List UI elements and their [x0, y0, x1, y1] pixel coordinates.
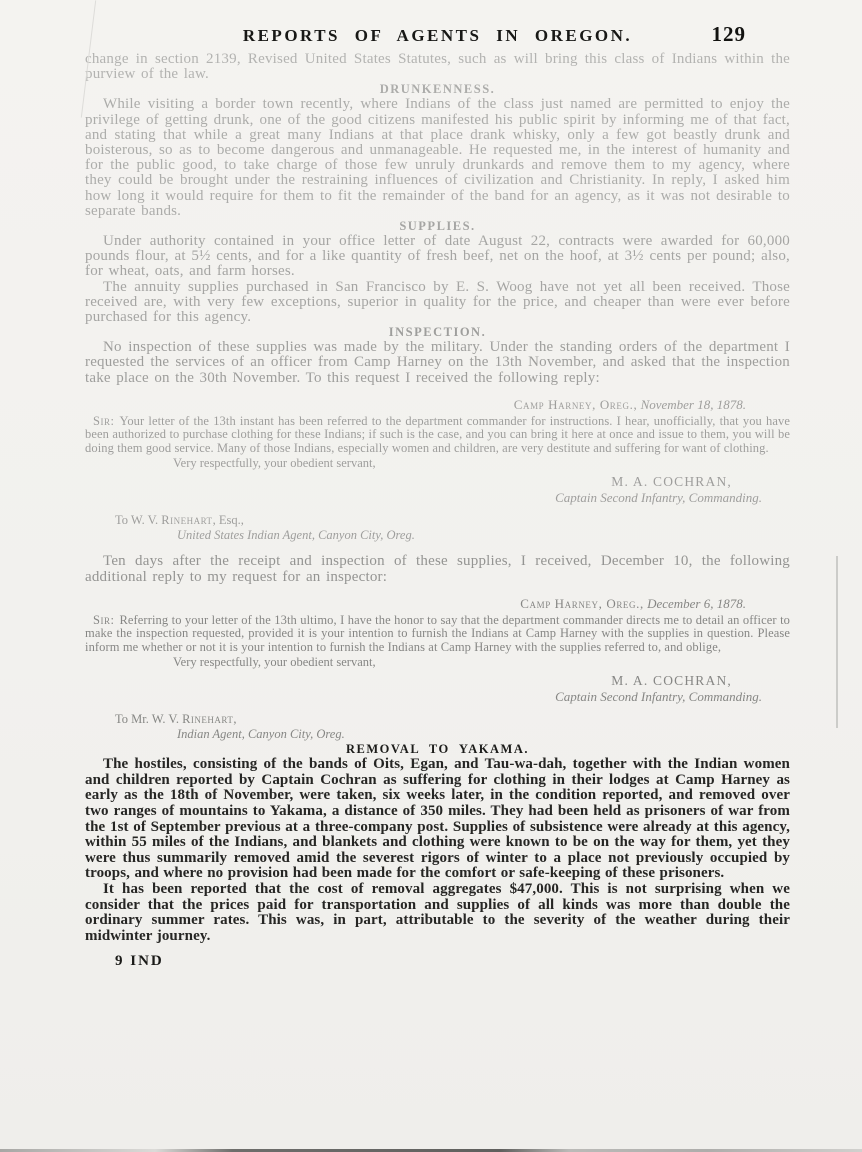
addressee-suffix: , Esq., — [213, 513, 244, 527]
letter-signature-title: Captain Second Infantry, Commanding. — [85, 689, 762, 705]
scan-streak-artifact — [836, 556, 838, 728]
printer-signature-mark: 9 IND — [115, 953, 790, 970]
letter-place: Camp Harney, Oreg., — [520, 596, 644, 611]
addressee-name: Rinehart — [182, 712, 233, 726]
addressee-name: Rinehart — [161, 513, 212, 527]
letter-date: December 6, 1878. — [647, 596, 746, 611]
letter-addressee-title: Indian Agent, Canyon City, Oreg. — [177, 727, 790, 742]
inspection-paragraph: No inspection of these supplies was made… — [85, 340, 790, 386]
letter-dateline: Camp Harney, Oreg., December 6, 1878. — [85, 596, 746, 612]
section-heading-inspection: INSPECTION. — [85, 325, 790, 340]
letter-signature-name: M. A. COCHRAN, — [85, 673, 732, 689]
scanned-report-page: REPORTS OF AGENTS IN OREGON. 129 change … — [0, 0, 862, 1152]
page-title: REPORTS OF AGENTS IN OREGON. — [85, 26, 790, 46]
letter-addressee: To Mr. W. V. Rinehart, — [115, 712, 790, 727]
running-head: REPORTS OF AGENTS IN OREGON. 129 — [85, 26, 790, 52]
section-heading-drunkenness: DRUNKENNESS. — [85, 82, 790, 97]
letter-body-text: Your letter of the 13th instant has been… — [85, 414, 790, 455]
letter-closing: Very respectfully, your obedient servant… — [173, 655, 790, 670]
supplies-paragraph-1: Under authority contained in your office… — [85, 234, 790, 280]
letter-body-text: Referring to your letter of the 13th ult… — [85, 613, 790, 654]
letter-place: Camp Harney, Oreg., — [514, 397, 638, 412]
addressee-prefix: To Mr. W. V. — [115, 712, 182, 726]
letter-camp-harney-november: Camp Harney, Oreg., November 18, 1878. S… — [85, 397, 790, 544]
addressee-suffix: , — [233, 712, 236, 726]
addressee-prefix: To W. V. — [115, 513, 161, 527]
letter-body: Sir:Referring to your letter of the 13th… — [85, 614, 790, 655]
letter-addressee: To W. V. Rinehart, Esq., — [115, 513, 790, 528]
letter-signature-name: M. A. COCHRAN, — [85, 474, 732, 490]
interlude-paragraph: Ten days after the receipt and inspectio… — [85, 554, 790, 584]
supplies-paragraph-2: The annuity supplies purchased in San Fr… — [85, 280, 790, 326]
page-number: 129 — [712, 22, 747, 47]
letter-date: November 18, 1878. — [641, 397, 746, 412]
drunkenness-paragraph: While visiting a border town recently, w… — [85, 97, 790, 219]
letter-addressee-title: United States Indian Agent, Canyon City,… — [177, 528, 790, 543]
letter-camp-harney-december: Camp Harney, Oreg., December 6, 1878. Si… — [85, 596, 790, 743]
letter-closing: Very respectfully, your obedient servant… — [173, 456, 790, 471]
letter-body: Sir:Your letter of the 13th instant has … — [85, 415, 790, 456]
section-heading-supplies: SUPPLIES. — [85, 219, 790, 234]
letter-salutation: Sir: — [93, 613, 114, 627]
removal-paragraph-1: The hostiles, consisting of the bands of… — [85, 757, 790, 882]
intro-continuation-paragraph: change in section 2139, Revised United S… — [85, 52, 790, 82]
letter-signature-title: Captain Second Infantry, Commanding. — [85, 490, 762, 506]
letter-salutation: Sir: — [93, 414, 114, 428]
removal-paragraph-2: It has been reported that the cost of re… — [85, 882, 790, 944]
section-heading-removal-to-yakama: REMOVAL TO YAKAMA. — [85, 742, 790, 757]
letter-dateline: Camp Harney, Oreg., November 18, 1878. — [85, 397, 746, 413]
